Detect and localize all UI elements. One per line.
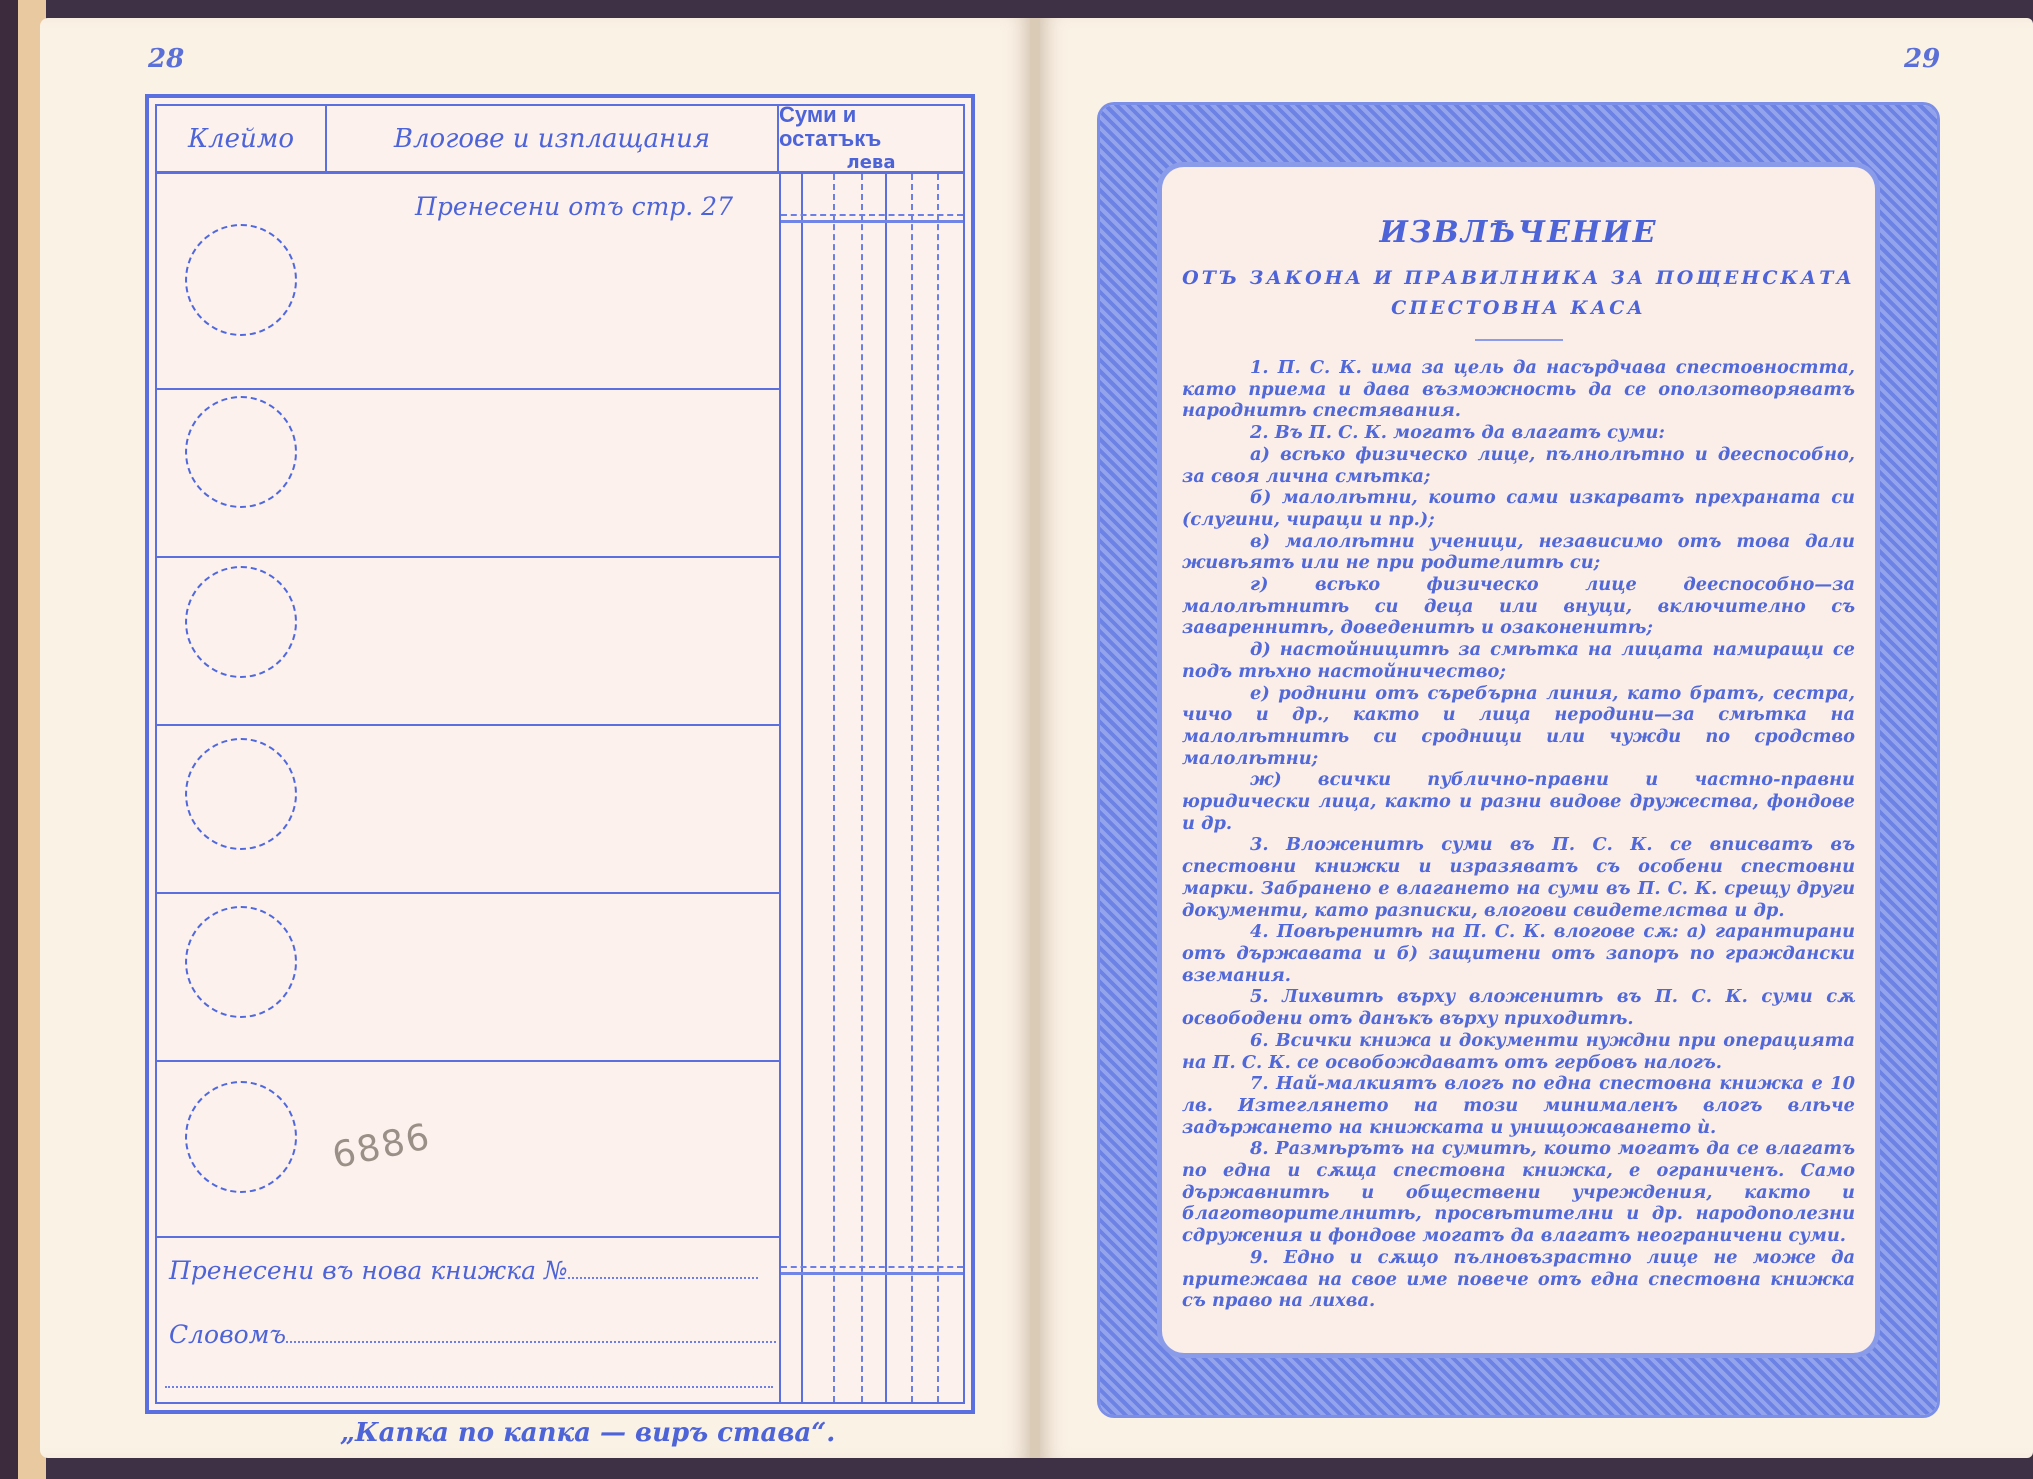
paragraph: 7. Най-малкиятъ влогъ по една спестовна … — [1182, 1073, 1855, 1138]
paragraph: б) малолѣтни, които сами изкарватъ прехр… — [1182, 487, 1855, 530]
grid-line — [833, 174, 835, 1402]
header-sums-unit: лева — [847, 151, 896, 175]
grid-line — [781, 1272, 963, 1275]
paragraph: 6. Всички книжа и документи нуждни при о… — [1182, 1030, 1855, 1073]
paragraph: д) настойницитѣ за смѣтка на лицата нами… — [1182, 639, 1855, 682]
header-sums-label: Суми и остатъкъ — [779, 103, 963, 151]
ledger-table: Клеймо Влогове и изплащания Суми и остат… — [145, 94, 975, 1414]
grid-line — [861, 174, 863, 1402]
extract-subtitle: ОТЪ ЗАКОНА И ПРАВИЛНИКА ЗА ПОЩЕНСКАТА СП… — [1162, 263, 1875, 323]
row-divider — [157, 388, 779, 390]
divider — [1475, 339, 1563, 341]
paragraph: 8. Размѣрътъ на сумитѣ, които могатъ да … — [1182, 1138, 1855, 1247]
carried-to-dots — [568, 1277, 758, 1279]
extract-subtitle-line2: СПЕСТОВНА КАСА — [1162, 293, 1875, 323]
paragraph: 3. Вложенитѣ суми въ П. С. К. се вписват… — [1182, 834, 1855, 921]
header-stamp: Клеймо — [157, 106, 327, 174]
paragraph: в) малолѣтни ученици, независимо отъ тов… — [1182, 531, 1855, 574]
extract-subtitle-line1: ОТЪ ЗАКОНА И ПРАВИЛНИКА ЗА ПОЩЕНСКАТА — [1162, 263, 1875, 293]
row-divider — [157, 1236, 779, 1238]
stamp-circle — [185, 224, 297, 336]
stamp-circle — [185, 1081, 297, 1193]
pencil-note: 6886 — [329, 1116, 435, 1177]
header-sums: Суми и остатъкъ лева — [779, 106, 963, 174]
extract-body: 1. П. С. К. има за цель да насърдчава сп… — [1182, 357, 1855, 1312]
proverb: „Капка по капка — виръ става“. — [340, 1418, 835, 1448]
header-entries: Влогове и изплащания — [327, 106, 779, 174]
paragraph: 2. Въ П. С. К. могатъ да влагатъ суми: — [1182, 422, 1855, 444]
extract-panel: ИЗВЛѢЧЕНИЕ ОТЪ ЗАКОНА И ПРАВИЛНИКА ЗА ПО… — [1162, 167, 1875, 1353]
grid-line — [781, 220, 963, 223]
extract-title: ИЗВЛѢЧЕНИЕ — [1162, 215, 1875, 250]
book-spine — [1030, 18, 1040, 1458]
sums-column-grid — [779, 174, 963, 1402]
blank-dotted-line — [165, 1386, 773, 1388]
paragraph: 9. Едно и сѫщо пълновъзрастно лице не мо… — [1182, 1247, 1855, 1312]
grid-line — [781, 214, 963, 216]
row-divider — [157, 556, 779, 558]
row-divider — [157, 1060, 779, 1062]
stamp-circle — [185, 396, 297, 508]
carried-to-label: Пренесени въ нова книжка № — [169, 1256, 568, 1285]
stamp-circle — [185, 906, 297, 1018]
grid-line — [885, 174, 887, 1402]
paragraph: ж) всички публично-правни и частно-правн… — [1182, 769, 1855, 834]
carried-from-label: Пренесени отъ стр. 27 — [415, 192, 733, 221]
ledger-frame: Клеймо Влогове и изплащания Суми и остат… — [155, 104, 965, 1404]
paragraph: е) роднини отъ съребърна линия, като бра… — [1182, 683, 1855, 770]
grid-line — [801, 174, 803, 1402]
carried-to-field[interactable]: Пренесени въ нова книжка № — [169, 1256, 758, 1285]
paragraph: г) всѣко физическо лице дееспособно—за м… — [1182, 574, 1855, 639]
row-divider — [157, 892, 779, 894]
stamp-circle — [185, 566, 297, 678]
paragraph: 1. П. С. К. има за цель да насърдчава сп… — [1182, 357, 1855, 422]
page-number-right: 29 — [1904, 44, 1940, 74]
stamp-circle — [185, 738, 297, 850]
in-words-dots — [286, 1341, 776, 1343]
in-words-field[interactable]: Словомъ — [169, 1320, 776, 1349]
paragraph: 5. Лихвитѣ върху вложенитѣ въ П. С. К. с… — [1182, 986, 1855, 1029]
paragraph: 4. Повѣренитѣ на П. С. К. влогове сѫ: а)… — [1182, 921, 1855, 986]
grid-line — [911, 174, 913, 1402]
paragraph: а) всѣко физическо лице, пълнолѣтно и де… — [1182, 444, 1855, 487]
grid-line — [781, 1266, 963, 1268]
row-divider — [157, 724, 779, 726]
in-words-label: Словомъ — [169, 1320, 286, 1349]
page-number-left: 28 — [148, 44, 184, 74]
grid-line — [937, 174, 939, 1402]
ornamental-border: ИЗВЛѢЧЕНИЕ ОТЪ ЗАКОНА И ПРАВИЛНИКА ЗА ПО… — [1100, 105, 1937, 1415]
